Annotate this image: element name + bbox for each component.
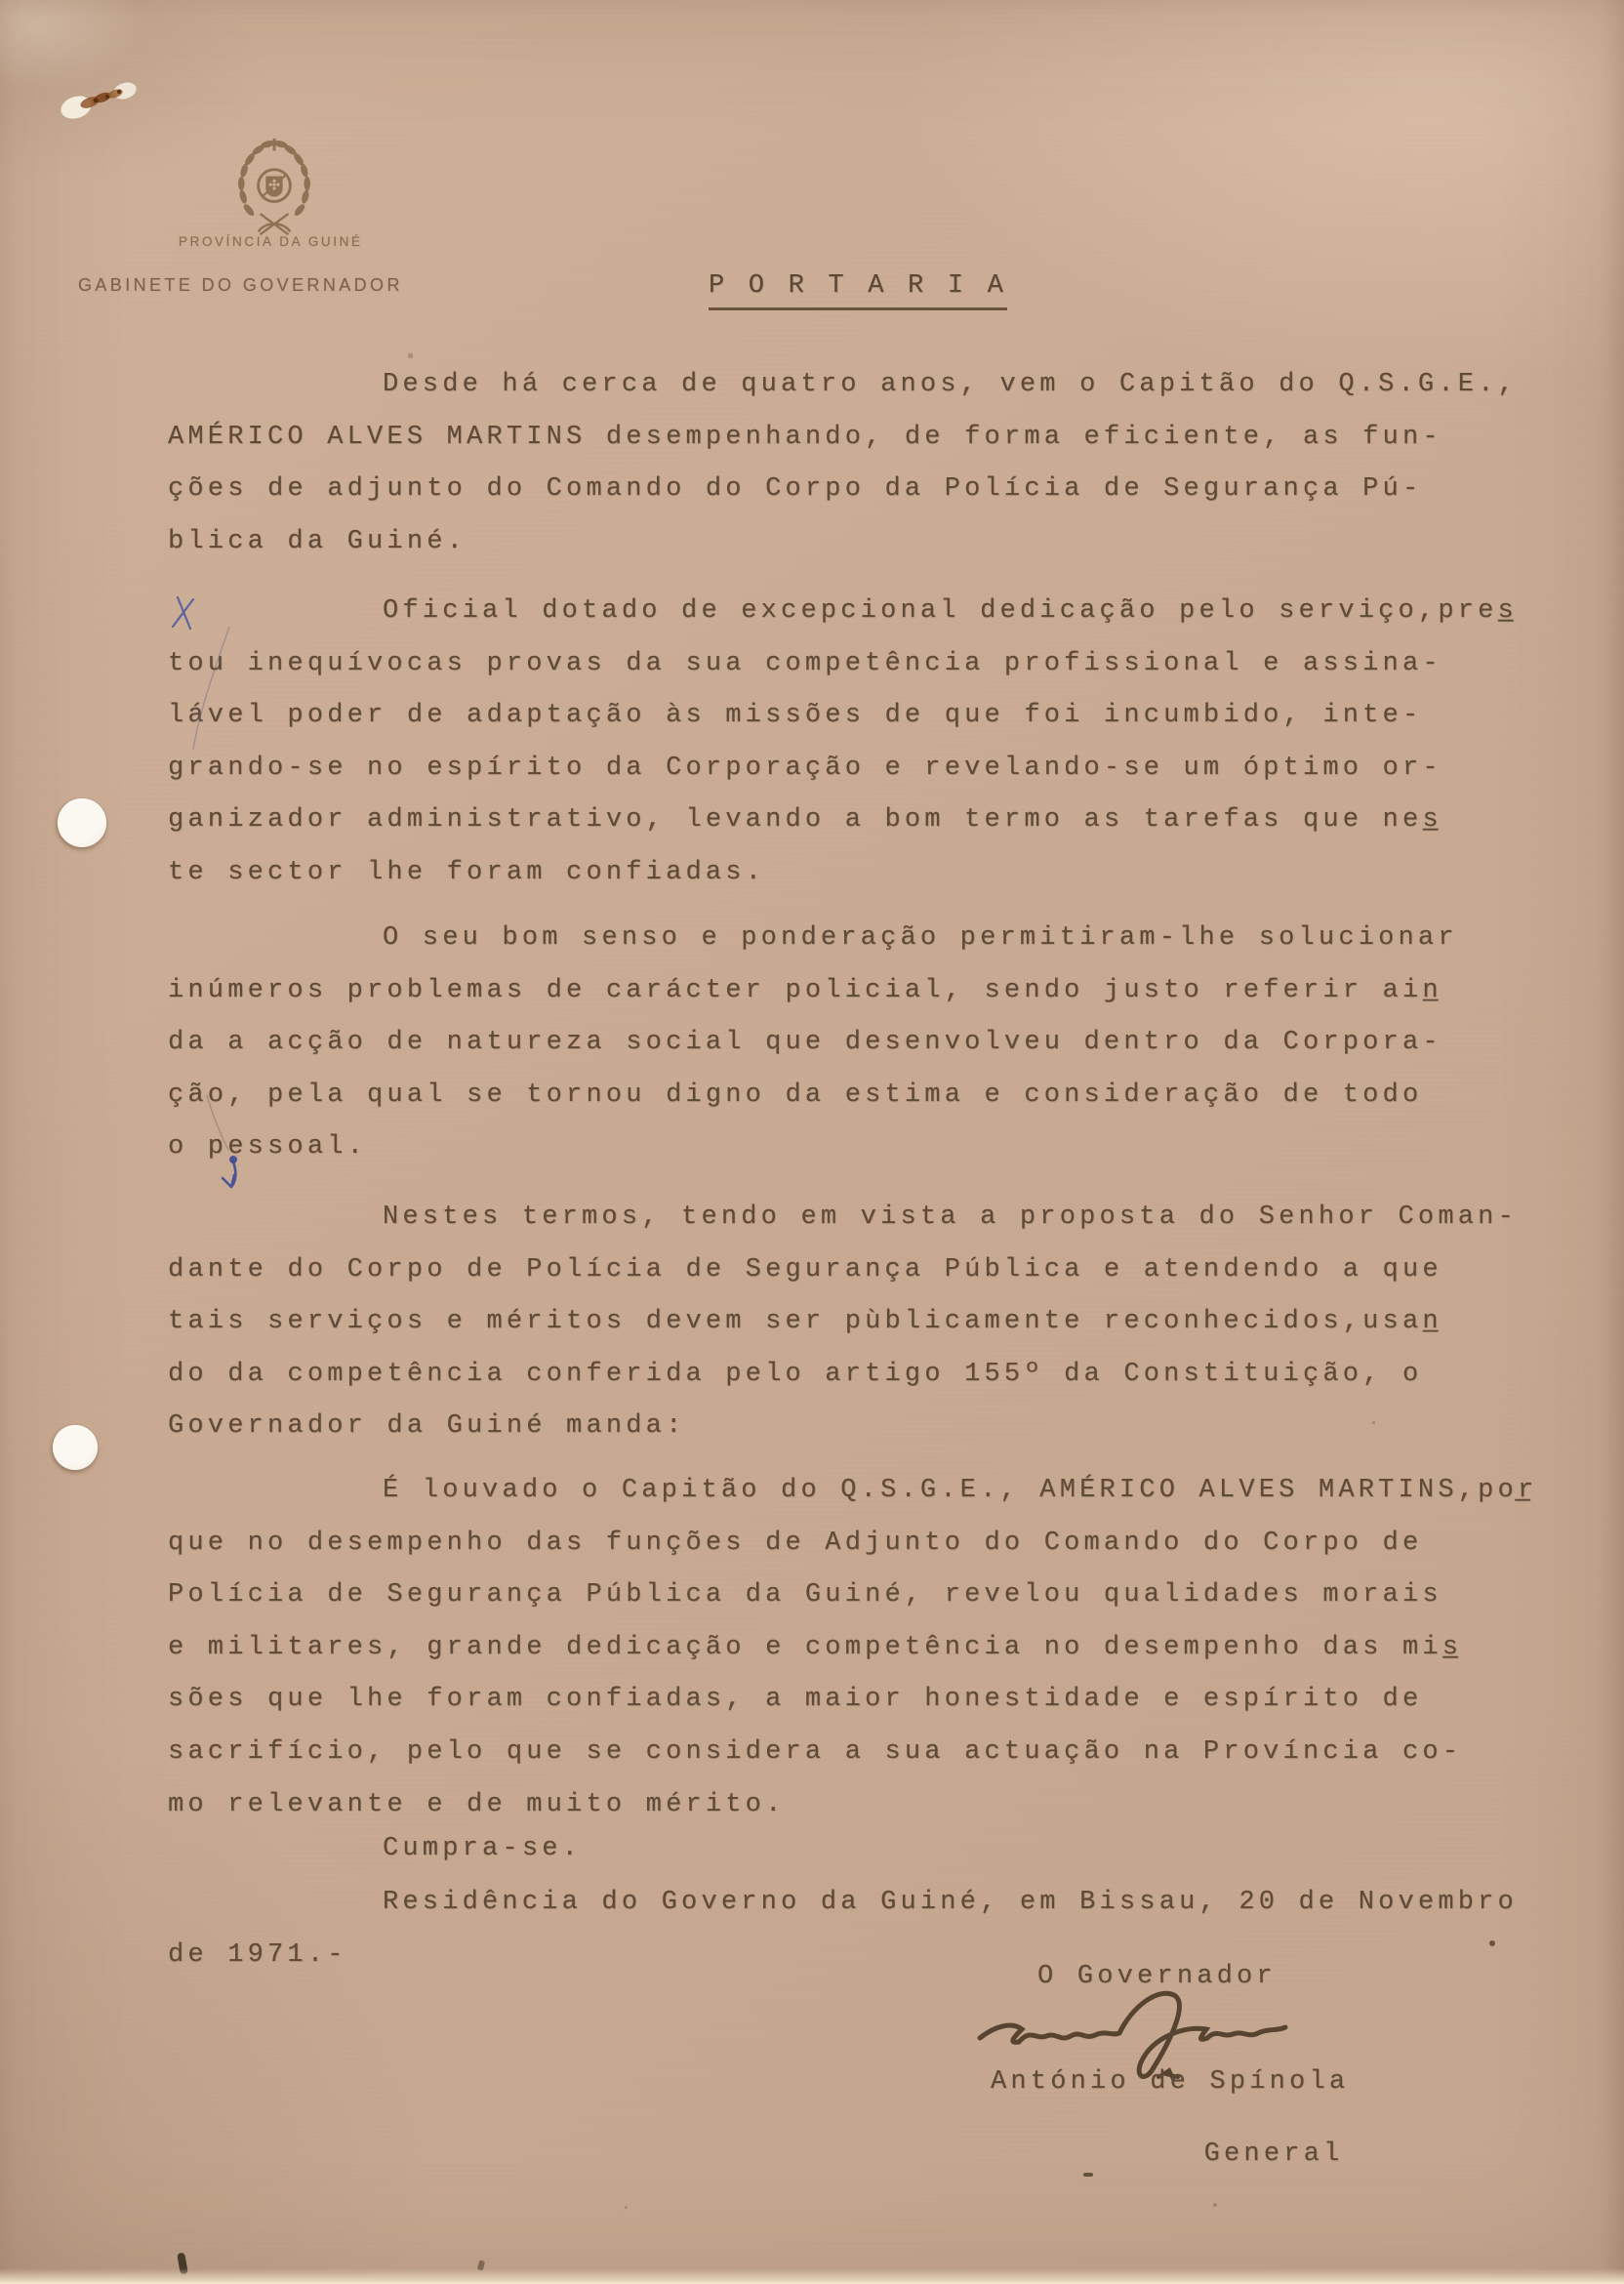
ink-speck [1489,1940,1495,1946]
text-line: Residência do Governo da Guiné, em Bissa… [168,1877,1534,1930]
ink-speck [408,353,413,358]
coat-of-arms-emblem [231,137,317,240]
paragraph-1: Desde há cerca de quatro anos, vem o Cap… [168,359,1534,568]
ink-speck [477,2260,485,2270]
text-line: blica da Guiné. [168,516,1534,569]
paragraph-5: É louvado o Capitão do Q.S.G.E., AMÉRICO… [168,1465,1534,1831]
pen-mark-check [137,576,254,761]
text-line: AMÉRICO ALVES MARTINS desempenhando, de … [168,412,1534,465]
text-line: Governador da Guiné manda: [168,1401,1534,1453]
text-line: lável poder de adaptação às missões de q… [168,690,1534,743]
pen-mark-arrow [185,1091,264,1199]
text-line: O seu bom senso e ponderação permitiram-… [168,913,1534,965]
ink-speck [625,2206,628,2209]
text-line: da a acção de natureza social que desenv… [168,1017,1534,1070]
signatory-name: António de Spínola [991,2067,1349,2097]
text-line: grando-se no espírito da Corporação e re… [168,743,1534,795]
text-line: Oficial dotado de excepcional dedicação … [168,586,1534,638]
paragraph-3: O seu bom senso e ponderação permitiram-… [168,913,1534,1174]
punch-hole-bottom [53,1425,98,1470]
place-and-date: Residência do Governo da Guiné, em Bissa… [168,1877,1534,1981]
text-line: do da competência conferida pelo artigo … [168,1349,1534,1402]
text-line: te sector lhe foram confiadas. [168,847,1534,900]
text-line: que no desempenho das funções de Adjunto… [168,1518,1534,1570]
text-line: É louvado o Capitão do Q.S.G.E., AMÉRICO… [168,1465,1534,1518]
paragraph-2: Oficial dotado de excepcional dedicação … [168,586,1534,900]
letterhead-office: GABINETE DO GOVERNADOR [78,275,403,296]
letterhead-province: PROVÍNCIA DA GUINÉ [179,234,363,249]
text-line: Desde há cerca de quatro anos, vem o Cap… [168,359,1534,412]
text-line: ganizador administrativo, levando a bom … [168,795,1534,847]
closing-formula: Cumpra-se. [168,1823,1534,1876]
text-line: tou inequívocas provas da sua competênci… [168,638,1534,691]
punch-hole-top [58,798,106,847]
text-line: inúmeros problemas de carácter policial,… [168,965,1534,1018]
text-line: dante do Corpo de Polícia de Segurança P… [168,1244,1534,1297]
text-line: ções de adjunto do Comando do Corpo da P… [168,464,1534,516]
text-line: de 1971.- [168,1930,1534,1982]
text-line: sacrifício, pelo que se considera a sua … [168,1727,1534,1779]
text-line: o pessoal. [168,1122,1534,1174]
ink-speck [177,2252,188,2274]
text-line: Nestes termos, tendo em vista a proposta… [168,1192,1534,1244]
rust-stain [29,59,166,137]
signatory-rank: General [1071,2140,1344,2169]
document-title: P O R T A R I A [709,271,1007,310]
text-line: Polícia de Segurança Pública da Guiné, r… [168,1570,1534,1622]
signatory: António de Spínola General [991,2064,1349,2209]
ink-speck [1372,1421,1375,1424]
text-line: sões que lhe foram confiadas, a maior ho… [168,1674,1534,1727]
ink-speck [1083,2173,1093,2177]
text-line: e militares, grande dedicação e competên… [168,1622,1534,1675]
ink-speck [1213,2203,1217,2207]
text-line: ção, pela qual se tornou digno da estima… [168,1070,1534,1122]
text-line: tais serviços e méritos devem ser pùblic… [168,1296,1534,1349]
text-line: Cumpra-se. [168,1823,1534,1876]
document-page: PROVÍNCIA DA GUINÉ GABINETE DO GOVERNADO… [0,0,1624,2284]
paragraph-4: Nestes termos, tendo em vista a proposta… [168,1192,1534,1453]
